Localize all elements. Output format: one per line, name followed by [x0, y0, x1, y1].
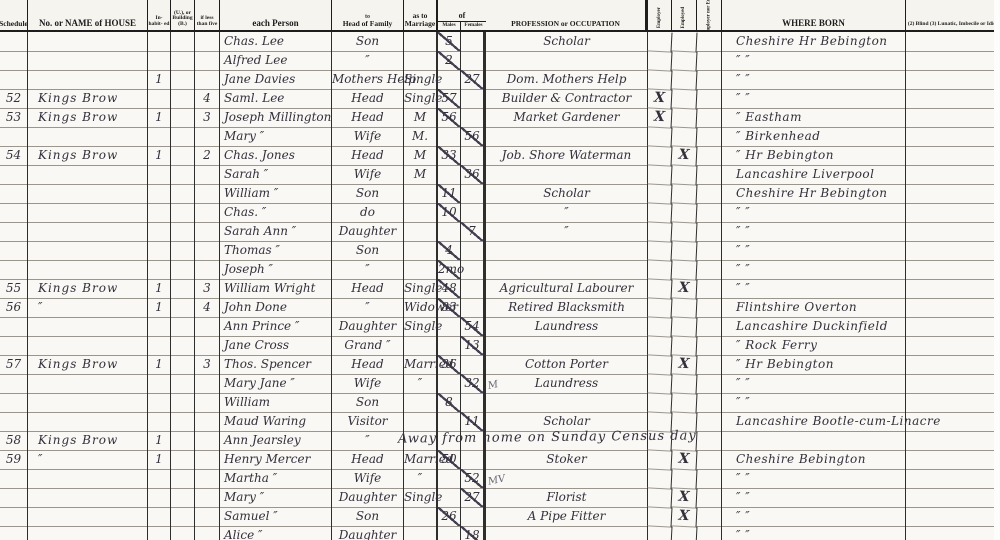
cell-inhabited-mark	[148, 488, 171, 508]
cell-age-female	[461, 241, 486, 261]
cell-inhabited-mark: 1	[148, 355, 171, 375]
cell-age-female	[461, 184, 486, 204]
cell-disability	[906, 488, 1000, 508]
cell-schedule-number	[0, 184, 28, 204]
cell-marital-condition	[404, 51, 438, 71]
cell-age-female: 27	[461, 70, 486, 90]
cell-house-name	[28, 412, 148, 432]
cell-marital-condition	[404, 203, 438, 223]
cell-where-born: ″ ″	[722, 203, 906, 223]
cell-where-born: Cheshire Hr Bebington	[722, 184, 906, 204]
table-header: Schedule No. or NAME of HOUSE In- habit-…	[0, 0, 1000, 32]
cell-person-name: Mary ″	[220, 488, 332, 508]
cell-marital-condition: ″	[404, 469, 438, 489]
cell-age-male: 33	[438, 146, 461, 166]
cell-rooms-if-less-than-five	[195, 317, 220, 337]
cell-uninhabited	[171, 51, 195, 71]
cell-person-name: John Done	[220, 298, 332, 318]
cell-age-male: 26	[438, 507, 461, 527]
cell-marital-condition	[404, 241, 438, 261]
cell-neither-mark	[697, 51, 722, 71]
cell-employer-mark	[647, 506, 672, 527]
cell-relation-to-head: Grand ″	[332, 336, 404, 356]
cell-age-male: 11	[438, 184, 461, 204]
cell-age-male	[438, 222, 461, 242]
header-relation: to Head of Family	[332, 0, 404, 30]
cell-profession-occupation	[486, 260, 648, 280]
cell-marital-condition: M	[404, 146, 438, 166]
cell-rooms-if-less-than-five	[195, 241, 220, 261]
cell-uninhabited	[171, 393, 195, 413]
table-row: 57Kings Brow13Thos. SpencerHeadMarried36…	[0, 355, 1000, 374]
cell-rooms-if-less-than-five	[195, 526, 220, 540]
cell-disability	[906, 374, 1000, 394]
census-page: Schedule No. or NAME of HOUSE In- habit-…	[0, 0, 1000, 540]
cell-neither-mark	[697, 108, 722, 128]
cell-disability	[906, 165, 1000, 185]
cell-rooms-if-less-than-five: 4	[195, 298, 220, 318]
cell-inhabited-mark	[148, 393, 171, 413]
cell-house-name	[28, 51, 148, 71]
table-row: Samuel ″Son26A Pipe FitterX″ ″	[0, 507, 1000, 526]
table-row: William ″Son11ScholarCheshire Hr Bebingt…	[0, 184, 1000, 203]
cell-profession-occupation	[486, 393, 648, 413]
cell-marital-condition	[404, 336, 438, 356]
cell-schedule-number	[0, 165, 28, 185]
cell-person-name: Thomas ″	[220, 241, 332, 261]
cell-age-female	[461, 89, 486, 109]
cell-schedule-number: 56	[0, 298, 28, 318]
cell-marital-condition: Single	[404, 488, 438, 508]
cell-inhabited-mark	[148, 374, 171, 394]
cell-person-name: Thos. Spencer	[220, 355, 332, 375]
cell-person-name: Alfred Lee	[220, 51, 332, 71]
cell-relation-to-head: Wife	[332, 127, 404, 147]
cell-age-male	[438, 526, 461, 540]
cell-age-female: 13	[461, 336, 486, 356]
cell-neither-mark	[697, 241, 722, 261]
cell-house-name	[28, 32, 148, 52]
cell-person-name: Martha ″	[220, 469, 332, 489]
cell-neither-mark	[697, 450, 722, 470]
cell-rooms-if-less-than-five	[195, 51, 220, 71]
cell-schedule-number	[0, 260, 28, 280]
cell-relation-to-head: Daughter	[332, 526, 404, 540]
cell-marital-condition	[404, 222, 438, 242]
cell-age-female	[461, 298, 486, 318]
cell-schedule-number: 53	[0, 108, 28, 128]
cell-inhabited-mark	[148, 317, 171, 337]
cell-inhabited-mark	[148, 165, 171, 185]
cell-inhabited-mark	[148, 32, 171, 52]
cell-person-name: Jane Davies	[220, 70, 332, 90]
cell-age-male	[438, 317, 461, 337]
cell-rooms-if-less-than-five	[195, 127, 220, 147]
cell-employer-mark	[647, 221, 672, 242]
cell-uninhabited	[171, 70, 195, 90]
cell-relation-to-head: Son	[332, 184, 404, 204]
cell-disability	[906, 146, 1000, 166]
cell-house-name	[28, 393, 148, 413]
cell-house-name: ″	[28, 298, 148, 318]
cell-where-born: ″ ″	[722, 526, 906, 540]
cell-rooms-if-less-than-five	[195, 469, 220, 489]
cell-person-name: Alice ″	[220, 526, 332, 540]
cell-marital-condition	[404, 393, 438, 413]
table-row: 53Kings Brow13Joseph MillingtonHeadM56Ma…	[0, 108, 1000, 127]
cell-person-name: Saml. Lee	[220, 89, 332, 109]
cell-person-name: Mary Jane ″	[220, 374, 332, 394]
cell-employer-mark	[647, 183, 672, 204]
cell-age-female	[461, 51, 486, 71]
cell-neither-mark	[697, 336, 722, 356]
cell-disability	[906, 51, 1000, 71]
cell-where-born: Lancashire Bootle-cum-Linacre	[722, 412, 906, 432]
cell-employed-mark	[671, 297, 697, 318]
cell-disability	[906, 317, 1000, 337]
cell-disability	[906, 70, 1000, 90]
cell-rooms-if-less-than-five	[195, 70, 220, 90]
cell-inhabited-mark	[148, 184, 171, 204]
cell-rooms-if-less-than-five	[195, 488, 220, 508]
header-age-females: Females	[461, 22, 486, 30]
cell-house-name	[28, 165, 148, 185]
cell-neither-mark	[697, 260, 722, 280]
cell-house-name	[28, 127, 148, 147]
cell-age-female: 56	[461, 127, 486, 147]
cell-age-male: 2mo	[438, 260, 461, 280]
cell-house-name: Kings Brow	[28, 355, 148, 375]
table-row: 54Kings Brow12Chas. JonesHeadM33Job. Sho…	[0, 146, 1000, 165]
cell-neither-mark	[697, 146, 722, 166]
cell-neither-mark	[697, 393, 722, 413]
cell-uninhabited	[171, 488, 195, 508]
cell-marital-condition	[404, 526, 438, 540]
cell-age-male: 36	[438, 355, 461, 375]
cell-where-born	[722, 431, 906, 451]
cell-house-name	[28, 469, 148, 489]
cell-person-name: Ann Prince ″	[220, 317, 332, 337]
cell-employed-mark	[671, 88, 697, 109]
cell-profession-occupation: Laundress	[486, 317, 648, 337]
table-row: Jane CrossGrand ″13″ Rock Ferry	[0, 336, 1000, 355]
table-body: Chas. LeeSon5ScholarCheshire Hr Bebingto…	[0, 32, 1000, 540]
cell-uninhabited	[171, 355, 195, 375]
table-row: WilliamSon8″ ″	[0, 393, 1000, 412]
cell-schedule-number: 59	[0, 450, 28, 470]
cell-employed-mark	[671, 107, 697, 128]
cell-age-female	[461, 146, 486, 166]
header-profession: PROFESSION or OCCUPATION	[486, 0, 648, 30]
cell-age-male: 5	[438, 32, 461, 52]
cell-neither-mark	[697, 412, 722, 432]
table-row: Sarah ″WifeM36Lancashire Liverpool	[0, 165, 1000, 184]
cell-where-born: ″ ″	[722, 279, 906, 299]
cell-disability	[906, 203, 1000, 223]
cell-age-female: 32	[461, 374, 486, 394]
cell-house-name	[28, 70, 148, 90]
cell-inhabited-mark: 1	[148, 279, 171, 299]
cell-age-female: 52	[461, 469, 486, 489]
cell-schedule-number: 55	[0, 279, 28, 299]
cell-age-female: 11	[461, 412, 486, 432]
cell-schedule-number: 52	[0, 89, 28, 109]
cell-employer-mark	[647, 449, 672, 470]
cell-person-name: Henry Mercer	[220, 450, 332, 470]
cell-marital-condition	[404, 507, 438, 527]
cell-where-born: ″ ″	[722, 469, 906, 489]
cell-relation-to-head: Head	[332, 89, 404, 109]
cell-age-female	[461, 450, 486, 470]
cell-house-name	[28, 222, 148, 242]
cell-schedule-number	[0, 374, 28, 394]
cell-disability	[906, 412, 1000, 432]
cell-schedule-number	[0, 526, 28, 540]
cell-employer-mark	[647, 202, 672, 223]
cell-person-name: Mary ″	[220, 127, 332, 147]
cell-rooms-if-less-than-five: 4	[195, 89, 220, 109]
cell-relation-to-head: Head	[332, 108, 404, 128]
cell-uninhabited	[171, 526, 195, 540]
cell-neither-mark	[697, 317, 722, 337]
cell-disability	[906, 336, 1000, 356]
cell-employer-mark	[647, 145, 672, 166]
cell-disability	[906, 279, 1000, 299]
cell-person-name: Chas. Lee	[220, 32, 332, 52]
cell-neither-mark	[697, 431, 722, 451]
cell-marital-condition: Single	[404, 89, 438, 109]
cell-person-name: Samuel ″	[220, 507, 332, 527]
cell-person-name: Sarah Ann ″	[220, 222, 332, 242]
cell-rooms-if-less-than-five	[195, 393, 220, 413]
cell-profession-occupation	[486, 165, 648, 185]
cell-neither-mark	[697, 32, 722, 52]
cell-marital-condition: Married	[404, 355, 438, 375]
cell-profession-occupation	[486, 241, 648, 261]
cell-where-born: ″ ″	[722, 488, 906, 508]
cell-person-name: Chas. Jones	[220, 146, 332, 166]
cell-profession-occupation: Cotton Porter	[486, 355, 648, 375]
cell-schedule-number	[0, 32, 28, 52]
cell-neither-mark	[697, 165, 722, 185]
cell-profession-occupation: Dom. Mothers Help	[486, 70, 648, 90]
cell-uninhabited	[171, 469, 195, 489]
cell-house-name: Kings Brow	[28, 146, 148, 166]
cell-age-male: 48	[438, 279, 461, 299]
cell-inhabited-mark	[148, 222, 171, 242]
table-row: Sarah Ann ″Daughter7″″ ″	[0, 222, 1000, 241]
cell-inhabited-mark	[148, 51, 171, 71]
cell-employer-mark	[647, 354, 672, 375]
cell-rooms-if-less-than-five	[195, 336, 220, 356]
cell-relation-to-head: Son	[332, 241, 404, 261]
table-row: Joseph ″″2mo″ ″	[0, 260, 1000, 279]
cell-uninhabited	[171, 165, 195, 185]
cell-neither-mark	[697, 70, 722, 90]
cell-marital-condition	[404, 412, 438, 432]
cell-house-name	[28, 336, 148, 356]
cell-neither-mark	[697, 507, 722, 527]
cell-uninhabited	[171, 260, 195, 280]
cell-house-name: Kings Brow	[28, 431, 148, 451]
cell-relation-to-head: Head	[332, 146, 404, 166]
cell-where-born: ″ ″	[722, 70, 906, 90]
cell-relation-to-head: do	[332, 203, 404, 223]
cell-age-female: 18	[461, 526, 486, 540]
cell-age-female	[461, 108, 486, 128]
cell-employer-mark: X	[647, 107, 672, 128]
cell-age-male	[438, 336, 461, 356]
cell-neither-mark	[697, 127, 722, 147]
cell-house-name	[28, 241, 148, 261]
cell-employed-mark: X	[671, 354, 697, 375]
cell-disability	[906, 298, 1000, 318]
cell-relation-to-head: Son	[332, 507, 404, 527]
table-row: Ann Prince ″DaughterSingle54LaundressLan…	[0, 317, 1000, 336]
cell-age-female	[461, 32, 486, 52]
cell-disability	[906, 526, 1000, 540]
cell-uninhabited	[171, 222, 195, 242]
cell-rooms-if-less-than-five	[195, 32, 220, 52]
cell-marital-condition	[404, 32, 438, 52]
cell-age-female	[461, 260, 486, 280]
cell-age-male	[438, 412, 461, 432]
cell-uninhabited	[171, 412, 195, 432]
cell-person-name: Sarah ″	[220, 165, 332, 185]
cell-where-born: ″ ″	[722, 89, 906, 109]
cell-disability	[906, 431, 1000, 451]
cell-employed-mark	[671, 468, 697, 489]
cell-rooms-if-less-than-five: 3	[195, 279, 220, 299]
cell-employer-mark	[647, 392, 672, 413]
cell-employed-mark	[671, 240, 697, 261]
cell-schedule-number	[0, 488, 28, 508]
cell-schedule-number	[0, 70, 28, 90]
cell-uninhabited	[171, 108, 195, 128]
cell-inhabited-mark	[148, 241, 171, 261]
cell-disability	[906, 507, 1000, 527]
cell-employed-mark	[671, 69, 697, 90]
cell-schedule-number	[0, 127, 28, 147]
cell-age-male	[438, 165, 461, 185]
cell-disability	[906, 393, 1000, 413]
header-person-name: each Person	[220, 0, 332, 30]
cell-marital-condition: Single	[404, 70, 438, 90]
cell-where-born: ″ Hr Bebington	[722, 355, 906, 375]
cell-rooms-if-less-than-five	[195, 450, 220, 470]
cell-age-female: 54	[461, 317, 486, 337]
cell-uninhabited	[171, 507, 195, 527]
cell-where-born: ″ ″	[722, 393, 906, 413]
header-rooms: if less than five	[195, 0, 220, 30]
table-row: Alice ″Daughter18″ ″	[0, 526, 1000, 540]
cell-inhabited-mark: 1	[148, 431, 171, 451]
cell-neither-mark	[697, 469, 722, 489]
cell-age-male: 50	[438, 450, 461, 470]
table-row: Maud WaringVisitor11ScholarLancashire Bo…	[0, 412, 1000, 431]
cell-where-born: ″ ″	[722, 374, 906, 394]
cell-rooms-if-less-than-five	[195, 184, 220, 204]
cell-employer-mark	[647, 164, 672, 185]
cell-profession-occupation	[486, 336, 648, 356]
cell-age-male: 10	[438, 203, 461, 223]
cell-disability	[906, 89, 1000, 109]
cell-where-born: Flintshire Overton	[722, 298, 906, 318]
cell-where-born: ″ ″	[722, 222, 906, 242]
cell-employed-mark	[671, 50, 697, 71]
header-condition: as to Marriage	[404, 0, 438, 30]
cell-rooms-if-less-than-five: 3	[195, 355, 220, 375]
cell-relation-to-head: Wife	[332, 469, 404, 489]
cell-house-name	[28, 526, 148, 540]
cell-profession-occupation	[486, 127, 648, 147]
cell-inhabited-mark: 1	[148, 450, 171, 470]
cell-schedule-number: 58	[0, 431, 28, 451]
cell-profession-occupation: Retired Blacksmith	[486, 298, 648, 318]
cell-rooms-if-less-than-five	[195, 431, 220, 451]
cell-house-name	[28, 507, 148, 527]
cell-age-female	[461, 507, 486, 527]
cell-inhabited-mark	[148, 127, 171, 147]
cell-schedule-number	[0, 203, 28, 223]
cell-age-male	[438, 127, 461, 147]
cell-inhabited-mark: 1	[148, 108, 171, 128]
table-row: 59″1Henry MercerHeadMarried50StokerXChes…	[0, 450, 1000, 469]
header-employed: Employed	[672, 0, 697, 30]
cell-marital-condition: Widower	[404, 298, 438, 318]
cell-relation-to-head: Daughter	[332, 488, 404, 508]
cell-employer-mark	[647, 278, 672, 299]
table-row: Chas. LeeSon5ScholarCheshire Hr Bebingto…	[0, 32, 1000, 51]
table-row: 1Jane DaviesMothers HelpSingle27Dom. Mot…	[0, 70, 1000, 89]
away-from-home-note: Away from home on Sunday Census day	[398, 428, 697, 446]
cell-disability	[906, 355, 1000, 375]
cell-employer-mark	[647, 335, 672, 356]
cell-disability	[906, 184, 1000, 204]
cell-inhabited-mark	[148, 89, 171, 109]
cell-neither-mark	[697, 488, 722, 508]
cell-employed-mark: X	[671, 145, 697, 166]
cell-employed-mark: X	[671, 278, 697, 299]
cell-employed-mark	[671, 525, 697, 540]
header-employer: Employer	[648, 0, 672, 30]
cell-where-born: Lancashire Liverpool	[722, 165, 906, 185]
cell-uninhabited	[171, 317, 195, 337]
cell-house-name	[28, 184, 148, 204]
cell-employer-mark	[647, 297, 672, 318]
cell-schedule-number	[0, 469, 28, 489]
cell-age-female: 27	[461, 488, 486, 508]
cell-schedule-number: 57	[0, 355, 28, 375]
cell-rooms-if-less-than-five	[195, 260, 220, 280]
cell-marital-condition: ″	[404, 374, 438, 394]
cell-age-male: 56	[438, 108, 461, 128]
cell-marital-condition: Single	[404, 317, 438, 337]
cell-person-name: William	[220, 393, 332, 413]
cell-employed-mark	[671, 316, 697, 337]
cell-marital-condition	[404, 184, 438, 204]
cell-relation-to-head: Head	[332, 279, 404, 299]
cell-neither-mark	[697, 298, 722, 318]
cell-profession-occupation: Scholar	[486, 184, 648, 204]
cell-house-name: Kings Brow	[28, 108, 148, 128]
table-row: Mary ″WifeM.56″ Birkenhead	[0, 127, 1000, 146]
cell-disability	[906, 469, 1000, 489]
cell-inhabited-mark: 1	[148, 70, 171, 90]
cell-age-female	[461, 393, 486, 413]
cell-where-born: ″ ″	[722, 51, 906, 71]
cell-uninhabited	[171, 374, 195, 394]
